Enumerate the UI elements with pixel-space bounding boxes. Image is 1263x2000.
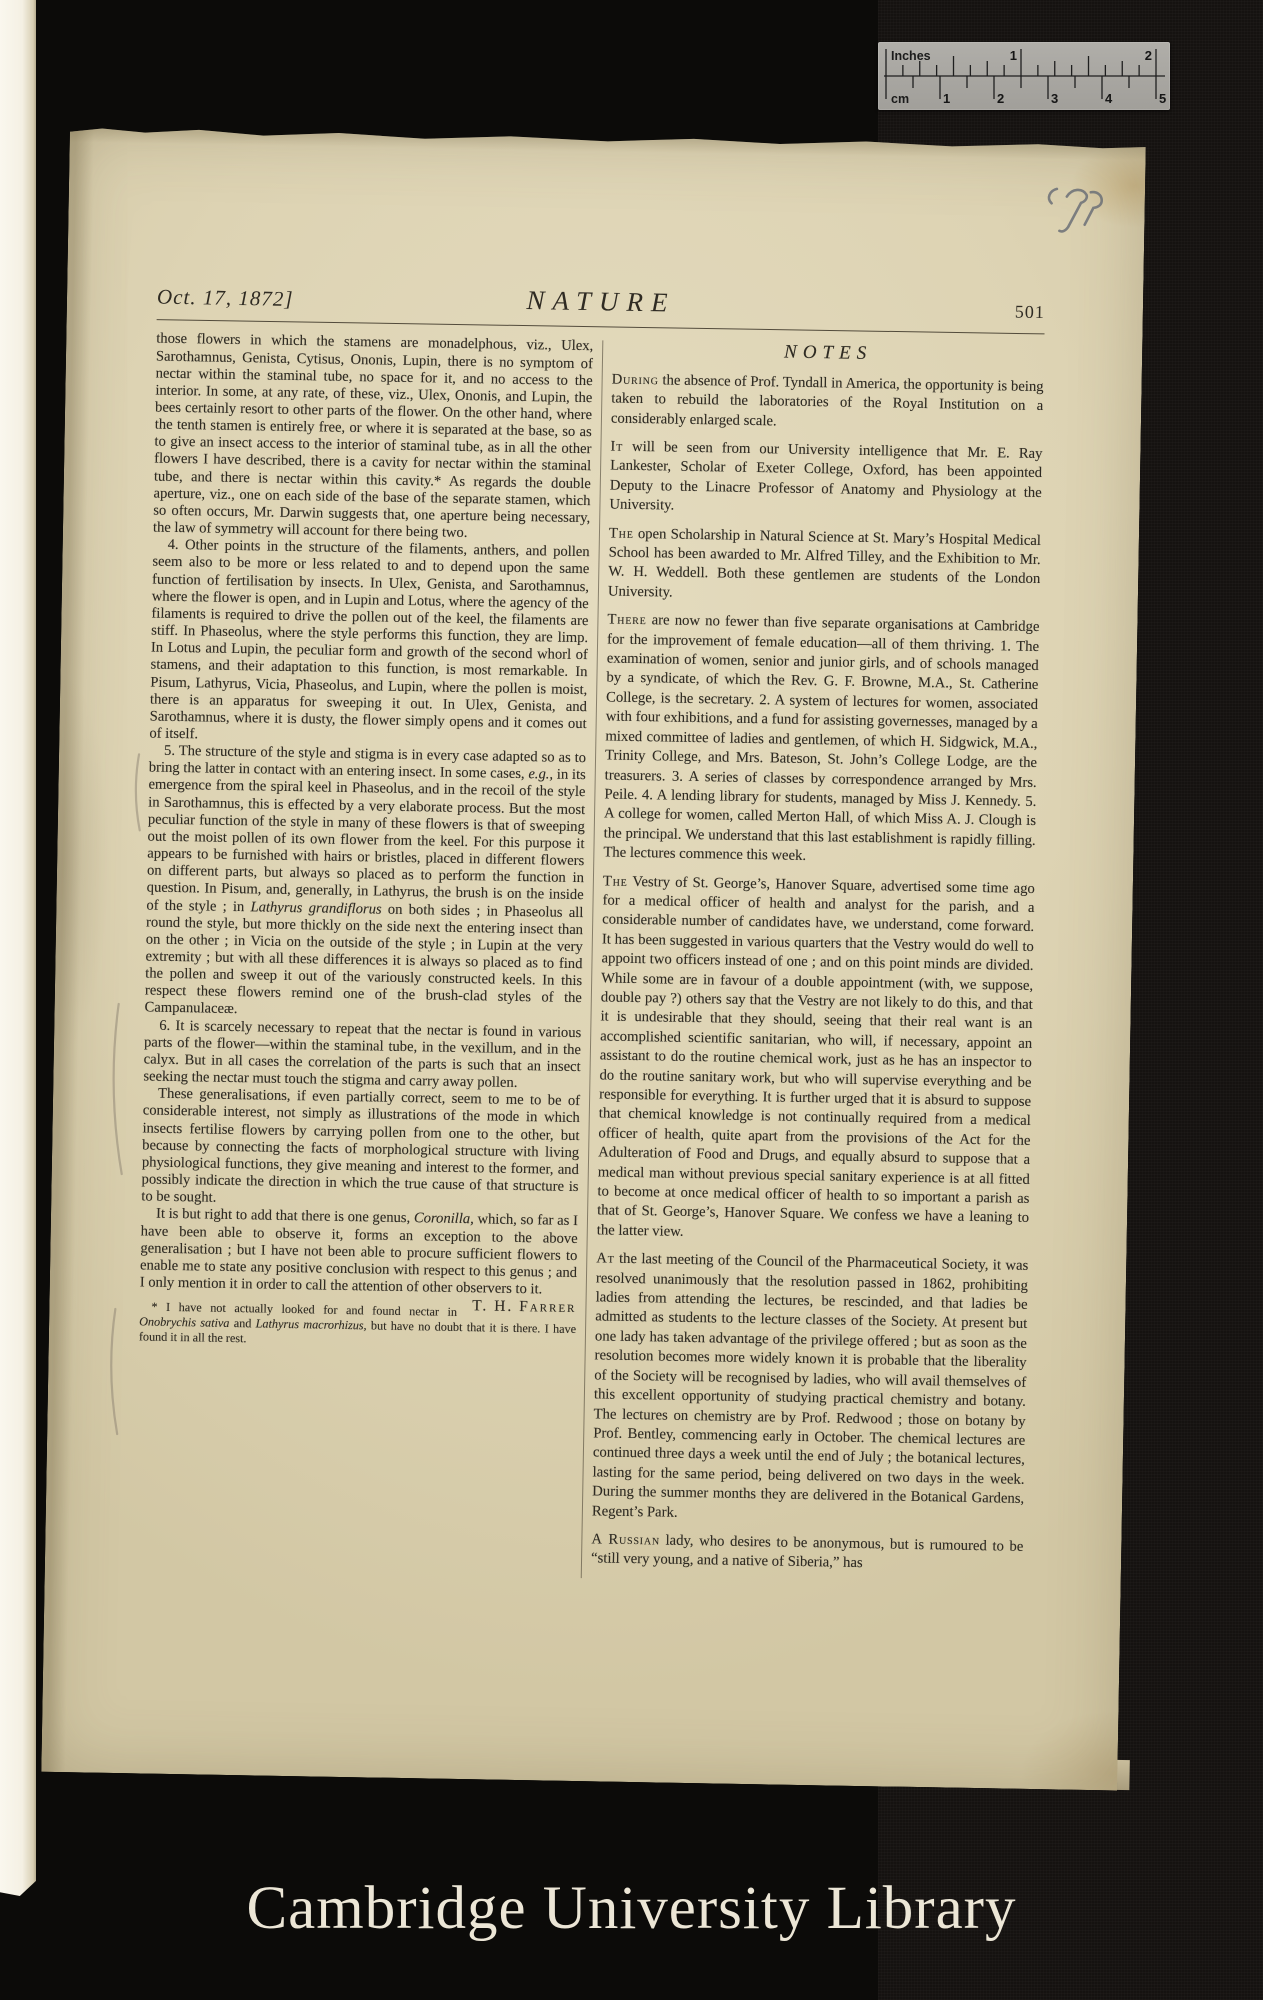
page-body: Oct. 17, 1872] NATURE 501 those flowers … xyxy=(135,274,1045,1586)
journal-title: NATURE xyxy=(526,285,676,319)
ruler-cm-label: cm xyxy=(891,92,909,106)
page-number: 501 xyxy=(1015,302,1045,324)
text-run: At xyxy=(596,1251,615,1267)
paragraph: During the absence of Prof. Tyndall in A… xyxy=(611,370,1044,436)
paragraph: These generalisations, if even partially… xyxy=(141,1086,580,1214)
paragraph: 6. It is scarcely necessary to repeat th… xyxy=(143,1017,581,1093)
library-watermark: Cambridge University Library xyxy=(0,1874,1263,1944)
text-run: 4. Other points in the structure of the … xyxy=(149,537,590,742)
paragraph: 5. The structure of the style and stigma… xyxy=(144,743,586,1025)
text-run: will be seen from our University intelli… xyxy=(609,439,1042,514)
text-columns: those flowers in which the stamens are m… xyxy=(135,331,1044,1586)
paragraph: those flowers in which the stamens are m… xyxy=(153,331,594,544)
text-run: There xyxy=(607,612,646,629)
pencil-annotation-47 xyxy=(1033,171,1116,248)
left-column: those flowers in which the stamens are m… xyxy=(135,331,594,1578)
text-run: These generalisations, if even partially… xyxy=(141,1086,580,1206)
text-run: are now no fewer than five separate orga… xyxy=(603,612,1039,864)
text-run: in its emergence from the spiral keel in… xyxy=(146,767,586,915)
ruler-number: 5 xyxy=(1159,91,1166,106)
right-column: NOTES During the absence of Prof. Tyndal… xyxy=(591,339,1045,1586)
text-run: Vestry of St. George’s, Hanover Square, … xyxy=(597,873,1035,1239)
text-run: Lathyrus grandiflorus xyxy=(250,899,381,917)
text-run: The xyxy=(609,525,634,541)
text-run: e.g., xyxy=(528,766,553,782)
paragraph: The Vestry of St. George’s, Hanover Squa… xyxy=(597,872,1035,1248)
adjacent-page-edge xyxy=(0,0,36,1896)
paragraph: At the last meeting of the Council of th… xyxy=(592,1250,1029,1529)
text-run: the last meeting of the Council of the P… xyxy=(592,1251,1029,1520)
text-run: A Russian xyxy=(591,1531,660,1548)
text-run: 6. It is scarcely necessary to repeat th… xyxy=(143,1017,581,1091)
text-run: the absence of Prof. Tyndall in America,… xyxy=(611,372,1044,429)
ruler-number: 1 xyxy=(943,91,950,106)
text-run: During xyxy=(612,371,659,388)
page-header: Oct. 17, 1872] NATURE 501 xyxy=(157,274,1045,325)
ruler-number: 2 xyxy=(1145,48,1152,63)
text-run: on both sides ; in Phaseolus all round t… xyxy=(144,901,583,1017)
ruler-number: 3 xyxy=(1051,91,1058,106)
issue-date: Oct. 17, 1872] xyxy=(157,285,294,312)
ruler-number: 2 xyxy=(997,91,1004,106)
text-run: Coronilla, xyxy=(414,1211,474,1228)
notes-section-title: NOTES xyxy=(612,340,1044,367)
paragraph: There are now no fewer than five separat… xyxy=(603,611,1039,871)
paragraph: A Russian lady, who desires to be anonym… xyxy=(591,1530,1024,1576)
ruler-scale: Inches cm 1212345 xyxy=(878,42,1170,110)
text-run: Lathyrus macrorhizus, xyxy=(256,1316,367,1332)
text-run: It xyxy=(610,438,623,454)
text-run: Onobrychis sativa xyxy=(139,1314,230,1330)
text-run: 5. The structure of the style and stigma… xyxy=(149,743,587,783)
paragraph: It will be seen from our University inte… xyxy=(609,437,1042,522)
measurement-ruler: Inches cm 1212345 xyxy=(878,42,1170,110)
ruler-number: 4 xyxy=(1105,91,1113,106)
paragraph: The open Scholarship in Natural Science … xyxy=(608,524,1041,609)
text-run: those flowers in which the stamens are m… xyxy=(153,331,594,541)
scan-background: Inches cm 1212345 Oct. 17, 1872] NATURE … xyxy=(0,0,1263,2000)
text-run: open Scholarship in Natural Science at S… xyxy=(608,526,1041,601)
journal-page: Oct. 17, 1872] NATURE 501 those flowers … xyxy=(41,126,1146,1791)
paragraph: 4. Other points in the structure of the … xyxy=(149,537,590,750)
author-signature: T. H. Farrer xyxy=(457,1297,577,1316)
text-run: and xyxy=(229,1316,255,1330)
text-run: The xyxy=(603,873,628,889)
ruler-inches-label: Inches xyxy=(891,49,931,63)
ruler-number: 1 xyxy=(1010,48,1017,63)
paragraph: It is but right to add that there is one… xyxy=(140,1206,578,1299)
